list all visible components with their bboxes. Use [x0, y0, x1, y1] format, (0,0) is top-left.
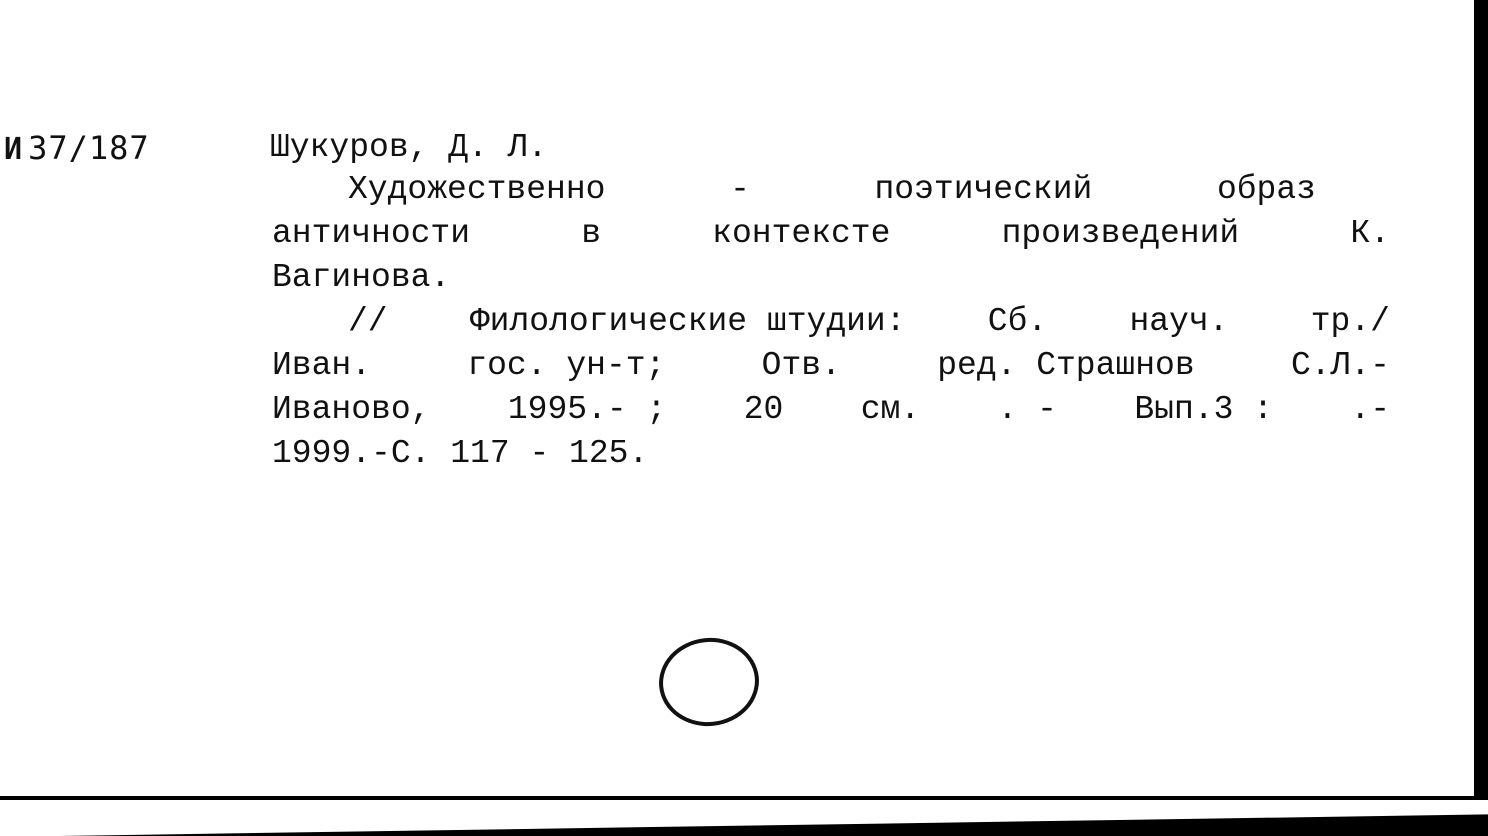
source-fragment: науч. — [1129, 300, 1228, 344]
source-line-4: 1999.-С. 117 - 125. — [272, 432, 648, 476]
source-fragment: ред. Страшнов — [937, 344, 1194, 388]
title-word: Вагинова. — [272, 259, 450, 296]
source-fragment: // — [348, 300, 388, 344]
call-number-prefix: И — [4, 132, 22, 167]
source-fragment: Вып.3 : — [1134, 388, 1273, 432]
title-word: К. — [1350, 212, 1390, 256]
source-line-2: Иван. гос. ун-т; Отв. ред. Страшнов С.Л.… — [272, 344, 1390, 388]
source-fragment: см. — [861, 388, 920, 432]
title-word: в — [581, 212, 601, 256]
title-line-3: Вагинова. — [272, 256, 450, 300]
title-word: образ — [1217, 168, 1316, 212]
source-fragment: Филологические штудии: — [470, 300, 906, 344]
scan-edge-right — [1477, 0, 1488, 836]
source-fragment: Иван. — [272, 344, 371, 388]
title-word: - — [730, 168, 750, 212]
source-fragment: 1999.-С. 117 - 125. — [272, 435, 648, 472]
source-line-3: Иваново, 1995.- ; 20 см. . - Вып.3 : .- — [272, 388, 1390, 432]
catalog-card: И37/187 Шукуров, Д. Л. Художественно - п… — [0, 0, 1477, 800]
source-fragment: тр./ — [1311, 300, 1390, 344]
source-fragment: С.Л.- — [1291, 344, 1390, 388]
source-fragment: 1995.- ; — [508, 388, 666, 432]
title-word: античности — [272, 212, 470, 256]
title-word: Художественно — [348, 168, 605, 212]
source-fragment: Отв. — [762, 344, 841, 388]
call-number: И37/187 — [4, 126, 150, 172]
title-word: поэтический — [874, 168, 1092, 212]
call-number-value: 37/187 — [28, 129, 150, 167]
title-word: контексте — [712, 212, 890, 256]
source-fragment: Иваново, — [272, 388, 430, 432]
source-line-1: // Филологические штудии: Сб. науч. тр./ — [348, 300, 1390, 344]
source-fragment: . - — [998, 388, 1057, 432]
source-fragment: .- — [1350, 388, 1390, 432]
author-heading: Шукуров, Д. Л. — [270, 126, 547, 170]
title-word: произведений — [1002, 212, 1240, 256]
punch-hole-icon — [655, 633, 764, 731]
source-fragment: Сб. — [988, 300, 1047, 344]
title-line-2: античности в контексте произведений К. — [272, 212, 1390, 256]
source-fragment: гос. ун-т; — [467, 344, 665, 388]
source-fragment: 20 — [744, 388, 784, 432]
title-line-1: Художественно - поэтический образ — [348, 168, 1316, 212]
